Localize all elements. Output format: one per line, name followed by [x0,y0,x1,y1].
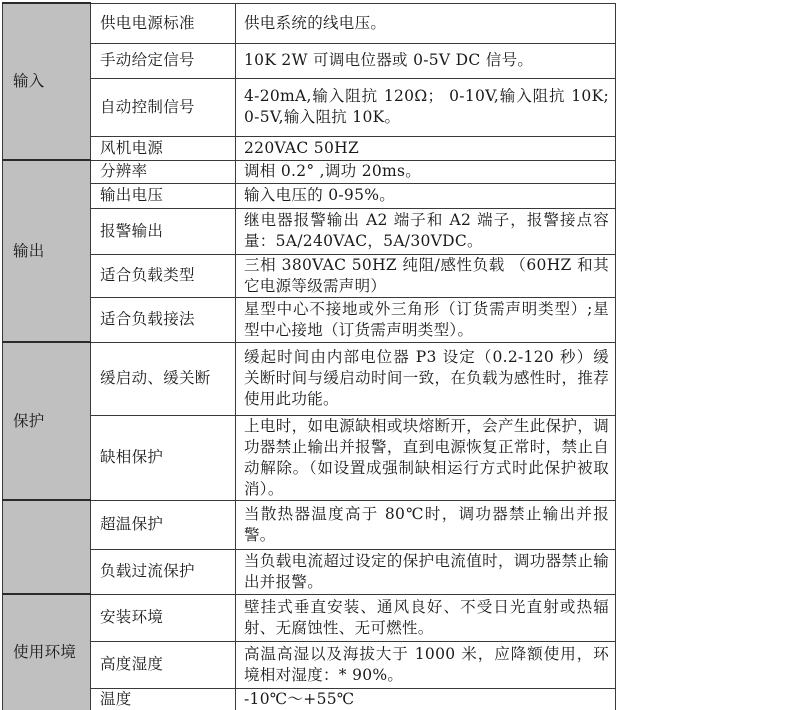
row-value: 10K 2W 可调电位器或 0-5V DC 信号。 [236,43,616,78]
row-label: 供电电源标准 [91,3,236,43]
row-value: -10℃～+55℃ [236,688,616,710]
row-label: 手动给定信号 [91,43,236,78]
row-label: 适合负载接法 [91,297,236,342]
table-row: 保护 缓启动、缓关断 缓起时间由内部电位器 P3 设定（0.2-120 秒）缓关… [3,342,616,415]
row-label: 缓启动、缓关断 [91,342,236,415]
row-value: 当散热器温度高于 80℃时，调功器禁止输出并报警。 [236,500,616,549]
row-label: 分辨率 [91,160,236,183]
group-cell-protection: 保护 [3,342,91,500]
row-value: 高温高湿以及海拔大于 1000 米，应降额使用，环境相对湿度：* 90%。 [236,641,616,688]
row-label: 负载过流保护 [91,549,236,594]
row-value: 继电器报警输出 A2 端子和 A2 端子，报警接点容量：5A/240VAC，5A… [236,208,616,254]
row-value: 上电时，如电源缺相或块熔断开，会产生此保护，调功器禁止输出并报警，直到电源恢复正… [236,415,616,500]
row-value: 当负载电流超过设定的保护电流值时，调功器禁止输出并报警。 [236,549,616,594]
table-row: 适合负载接法 星型中心不接地或外三角形（订货需声明类型）;星型中心接地（订货需声… [3,297,616,342]
row-label: 自动控制信号 [91,78,236,136]
row-value: 4-20mA,输入阻抗 120Ω； 0-10V,输入阻抗 10K; 0-5V,输… [236,78,616,136]
row-value: 星型中心不接地或外三角形（订货需声明类型）;星型中心接地（订货需声明类型）。 [236,297,616,342]
table-row: 自动控制信号 4-20mA,输入阻抗 120Ω； 0-10V,输入阻抗 10K;… [3,78,616,136]
row-label: 高度湿度 [91,641,236,688]
row-label: 超温保护 [91,500,236,549]
row-label: 适合负载类型 [91,254,236,297]
row-label: 风机电源 [91,136,236,160]
table-row: 报警输出 继电器报警输出 A2 端子和 A2 端子，报警接点容量：5A/240V… [3,208,616,254]
group-cell-input: 输入 [3,3,91,160]
row-value: 缓起时间由内部电位器 P3 设定（0.2-120 秒）缓关断时间与缓启动时间一致… [236,342,616,415]
table-row: 温度 -10℃～+55℃ [3,688,616,710]
table-row: 超温保护 当散热器温度高于 80℃时，调功器禁止输出并报警。 [3,500,616,549]
group-cell-protection-continued [3,500,91,594]
table-row: 输出 分辨率 调相 0.2° ,调功 20ms。 [3,160,616,183]
row-label: 缺相保护 [91,415,236,500]
group-cell-environment: 使用环境 [3,594,91,710]
table-row: 缺相保护 上电时，如电源缺相或块熔断开，会产生此保护，调功器禁止输出并报警，直到… [3,415,616,500]
table-row: 手动给定信号 10K 2W 可调电位器或 0-5V DC 信号。 [3,43,616,78]
table-row: 风机电源 220VAC 50HZ [3,136,616,160]
row-label: 温度 [91,688,236,710]
table-row: 输出电压 输入电压的 0-95%。 [3,183,616,208]
table-row: 适合负载类型 三相 380VAC 50HZ 纯阻/感性负载 （60HZ 和其它电… [3,254,616,297]
spec-table: 输入 供电电源标准 供电系统的线电压。 手动给定信号 10K 2W 可调电位器或… [2,2,616,710]
row-value: 220VAC 50HZ [236,136,616,160]
row-value: 供电系统的线电压。 [236,3,616,43]
table-row: 负载过流保护 当负载电流超过设定的保护电流值时，调功器禁止输出并报警。 [3,549,616,594]
group-cell-output: 输出 [3,160,91,342]
row-label: 输出电压 [91,183,236,208]
row-value: 调相 0.2° ,调功 20ms。 [236,160,616,183]
row-value: 三相 380VAC 50HZ 纯阻/感性负载 （60HZ 和其它电源等级需声明） [236,254,616,297]
row-label: 安装环境 [91,594,236,641]
row-value: 壁挂式垂直安装、通风良好、不受日光直射或热辐射、无腐蚀性、无可燃性。 [236,594,616,641]
table-row: 输入 供电电源标准 供电系统的线电压。 [3,3,616,43]
table-row: 高度湿度 高温高湿以及海拔大于 1000 米，应降额使用，环境相对湿度：* 90… [3,641,616,688]
row-value: 输入电压的 0-95%。 [236,183,616,208]
row-label: 报警输出 [91,208,236,254]
table-row: 使用环境 安装环境 壁挂式垂直安装、通风良好、不受日光直射或热辐射、无腐蚀性、无… [3,594,616,641]
